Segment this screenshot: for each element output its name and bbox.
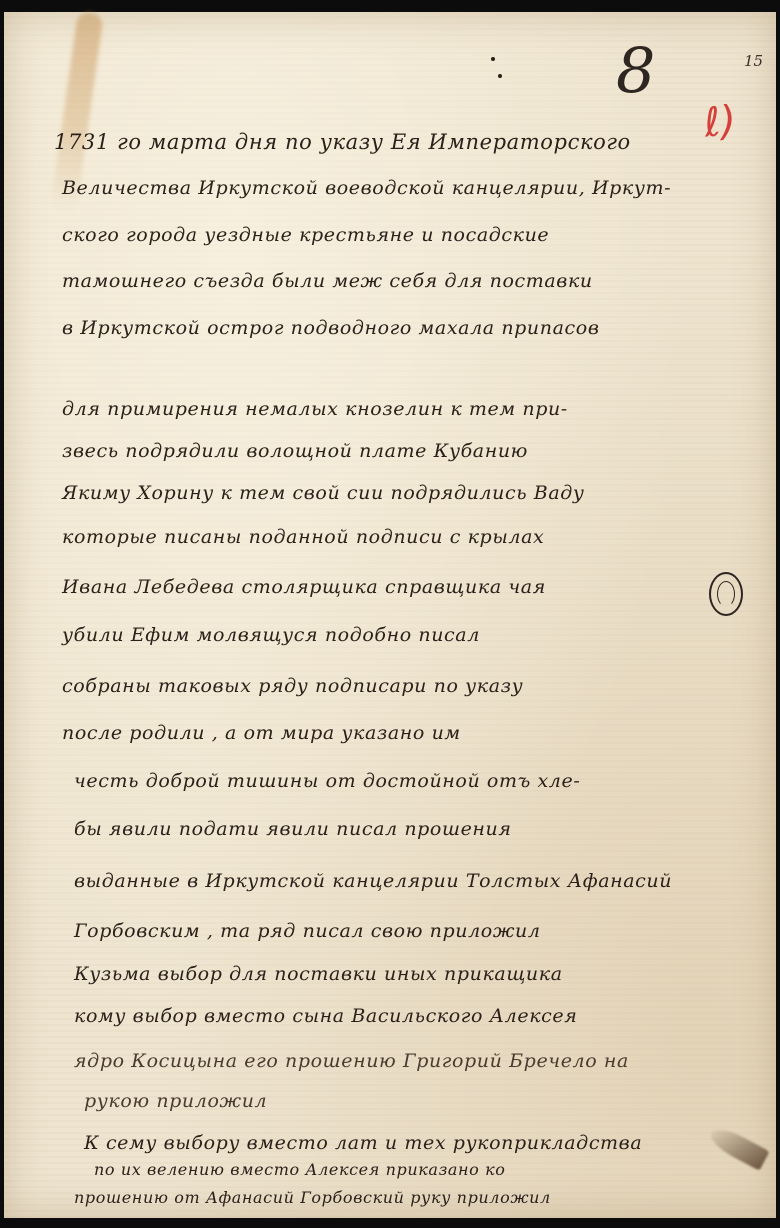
text-line: которые писаны поданной подписи с крылах — [62, 526, 544, 548]
text-line: честь доброй тишины от достойной отъ хле… — [74, 770, 580, 792]
text-line: в Иркутской острог подводного махала при… — [62, 317, 599, 339]
text-line: звесь подрядили волощной плате Кубанию — [62, 440, 528, 462]
ink-blot — [706, 1123, 769, 1171]
text-line: ядро Косицына его прошению Григорий Бреч… — [74, 1050, 629, 1072]
text-line: выданные в Иркутской канцелярии Толстых … — [74, 870, 672, 892]
text-line: 1731 го марта дня по указу Ея Императорс… — [54, 130, 631, 154]
margin-circle-inner — [717, 581, 735, 607]
text-line: бы явили подати явили писал прошения — [74, 818, 512, 840]
text-line: Кузьма выбор для поставки иных прикащика — [74, 963, 563, 985]
text-line: убили Ефим молвящуся подобно писал — [62, 624, 480, 646]
text-line: Величества Иркутской воеводской канцеляр… — [62, 177, 671, 199]
text-line: К сему выбору вместо лат и тех рукоприкл… — [84, 1132, 642, 1154]
text-line: рукою приложил — [84, 1090, 267, 1112]
text-line: для примирения немалых кнозелин к тем пр… — [62, 398, 568, 420]
ink-dot — [498, 74, 502, 78]
sheet-number: 15 — [744, 52, 763, 70]
text-line: прошению от Афанасий Горбовский руку при… — [74, 1188, 551, 1207]
folio-number: 8 — [616, 40, 655, 102]
red-pencil-annotation: ℓ) — [702, 100, 738, 143]
text-line: по их велению вместо Алексея приказано к… — [94, 1160, 505, 1179]
text-line: тамошнего съезда были меж себя для поста… — [62, 270, 593, 292]
text-line: кому выбор вместо сына Васильского Алекс… — [74, 1005, 577, 1027]
margin-circle-mark — [709, 572, 743, 616]
text-line: собраны таковых ряду подписари по указу — [62, 675, 523, 697]
text-line: ского города уездные крестьяне и посадск… — [62, 224, 549, 246]
text-line: после родили , а от мира указано им — [62, 722, 461, 744]
manuscript-page: 8 15 ℓ) 1731 го марта дня по указу Ея Им… — [4, 12, 776, 1218]
ink-dot — [491, 57, 495, 61]
text-line: Ивана Лебедева столярщика справщика чая — [62, 576, 546, 598]
text-line: Якиму Хорину к тем свой сии подрядились … — [62, 482, 585, 504]
text-line: Горбовским , та ряд писал свою приложил — [74, 920, 541, 942]
